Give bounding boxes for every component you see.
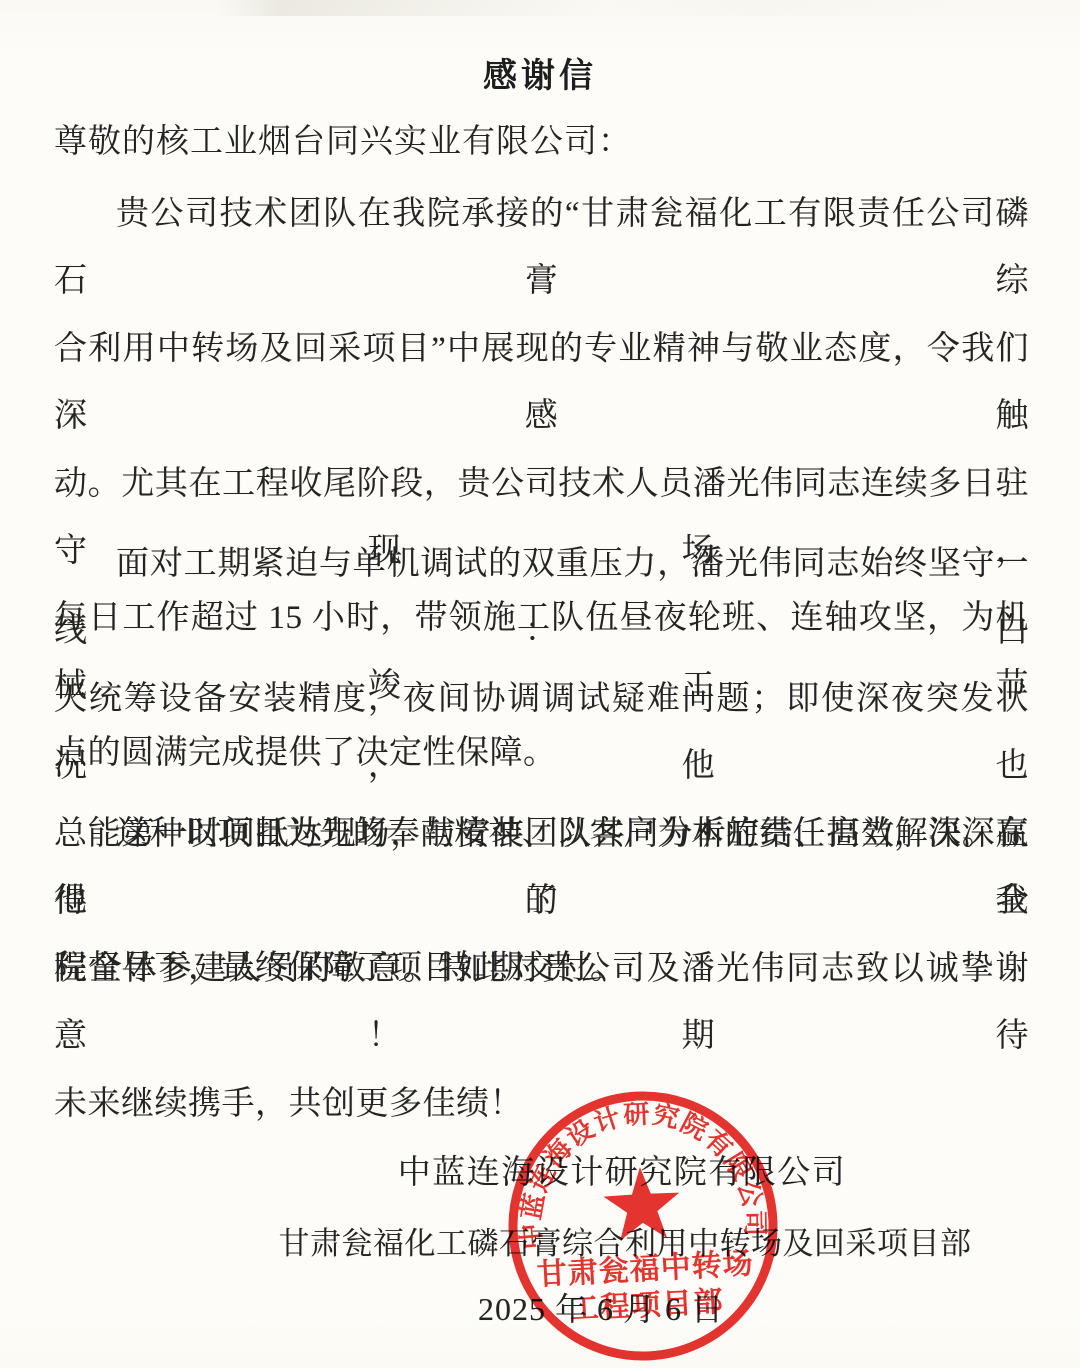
scan-artifact — [0, 0, 1080, 16]
paragraph-3: 这种以项目为先的奉献精神、以客户为本的责任担当，深深赢得了我 院全体参建人员的敬… — [54, 801, 1029, 1138]
star-icon — [602, 1165, 682, 1241]
paragraph-3-line-1: 这种以项目为先的奉献精神、以客户为本的责任担当，深深赢得了我 — [54, 801, 1029, 936]
letter-page: 感谢信 尊敬的核工业烟台同兴实业有限公司： 贵公司技术团队在我院承接的“甘肃瓮福… — [0, 0, 1080, 1368]
company-seal-stamp: 中蓝连海设计研究院有限公司 甘肃瓮福中转场 工程项目部 — [496, 1079, 790, 1368]
stamp-center-line2: 工程项目部 — [569, 1285, 726, 1326]
paragraph-1-line-1: 贵公司技术团队在我院承接的“甘肃瓮福化工有限责任公司磷石膏综 — [54, 181, 1029, 316]
letter-title: 感谢信 — [0, 48, 1080, 97]
paragraph-2-line-2: 天统筹设备安装精度，夜间协调调试疑难问题；即使深夜突发状况，他也 — [54, 666, 1029, 801]
paragraph-3-line-2: 院全体参建人员的敬意。特此对贵公司及潘光伟同志致以诚挚谢意！期待 — [54, 936, 1029, 1071]
paragraph-1-line-2: 合利用中转场及回采项目”中展现的专业精神与敬业态度，令我们深感触 — [54, 316, 1029, 451]
salutation: 尊敬的核工业烟台同兴实业有限公司： — [54, 122, 1029, 162]
stamp-center-line1: 甘肃瓮福中转场 — [536, 1246, 754, 1291]
paragraph-2-line-1: 面对工期紧迫与单机调试的双重压力，潘光伟同志始终坚守一线：白 — [54, 531, 1029, 666]
